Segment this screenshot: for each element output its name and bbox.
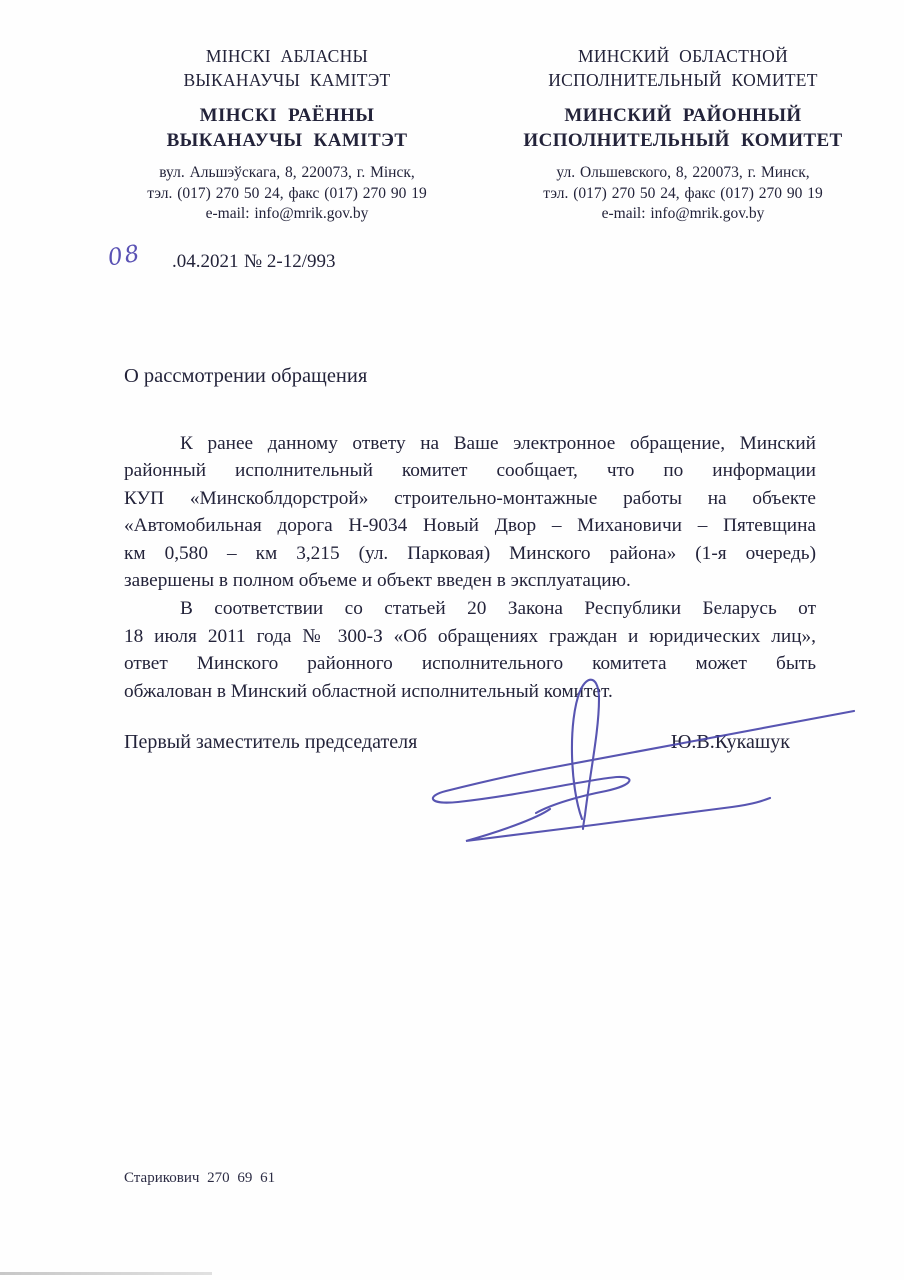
parent-org-line2-be: ВЫКАНАУЧЫ КАМІТЭТ [112,68,462,92]
handwritten-day: 08 [106,240,143,271]
signer-position: Первый заместитель председателя [124,731,417,754]
phone-be: тэл. (017) 270 50 24, факс (017) 270 90 … [112,184,462,205]
subject-line: О рассмотрении обращения [124,365,904,388]
parent-org-name-be: МІНСКІ АБЛАСНЫ ВЫКАНАУЧЫ КАМІТЭТ [112,44,462,92]
org-line2-ru: ИСПОЛНИТЕЛЬНЫЙ КОМИТЕТ [508,128,858,153]
body-line: «Автомобильная дорога Н-9034 Новый Двор … [124,512,816,540]
org-name-ru: МИНСКИЙ РАЙОННЫЙ ИСПОЛНИТЕЛЬНЫЙ КОМИТЕТ [508,103,858,153]
contacts-be: вул. Альшэўскага, 8, 220073, г. Мінск, т… [112,163,462,225]
scanned-letter-page: МІНСКІ АБЛАСНЫ ВЫКАНАУЧЫ КАМІТЭТ МІНСКІ … [0,0,904,1280]
email-ru: e-mail: info@mrik.gov.by [508,204,858,225]
parent-org-name-ru: МИНСКИЙ ОБЛАСТНОЙ ИСПОЛНИТЕЛЬНЫЙ КОМИТЕТ [508,44,858,92]
parent-org-line2-ru: ИСПОЛНИТЕЛЬНЫЙ КОМИТЕТ [508,68,858,92]
reference-row: 08 .04.2021 № 2-12/993 [108,247,904,281]
body-line: км 0,580 – км 3,215 (ул. Парковая) Минск… [124,540,816,568]
body-line: обжалован в Минский областной исполнител… [124,678,816,706]
parent-org-line1-be: МІНСКІ АБЛАСНЫ [112,44,462,68]
scan-edge-artifact [0,1272,212,1275]
body-line: районный исполнительный комитет сообщает… [124,457,816,485]
executor-line: Старикович 270 69 61 [124,1170,275,1187]
body-line: В соответствии со статьей 20 Закона Респ… [124,595,816,623]
body-line: завершены в полном объеме и объект введе… [124,567,816,595]
document-date: .04.2021 [172,251,239,273]
org-line1-ru: МИНСКИЙ РАЙОННЫЙ [508,103,858,128]
email-be: e-mail: info@mrik.gov.by [112,204,462,225]
letterhead-russian: МИНСКИЙ ОБЛАСТНОЙ ИСПОЛНИТЕЛЬНЫЙ КОМИТЕТ… [508,44,858,225]
org-name-be: МІНСКІ РАЁННЫ ВЫКАНАУЧЫ КАМІТЭТ [112,103,462,153]
document-number: № 2-12/993 [244,251,335,273]
address-ru: ул. Ольшевского, 8, 220073, г. Минск, [508,163,858,184]
phone-ru: тэл. (017) 270 50 24, факс (017) 270 90 … [508,184,858,205]
signer-name: Ю.В.Кукашук [671,731,816,754]
org-line2-be: ВЫКАНАУЧЫ КАМІТЭТ [112,128,462,153]
letterhead: МІНСКІ АБЛАСНЫ ВЫКАНАУЧЫ КАМІТЭТ МІНСКІ … [0,0,904,225]
contacts-ru: ул. Ольшевского, 8, 220073, г. Минск, тэ… [508,163,858,225]
org-line1-be: МІНСКІ РАЁННЫ [112,103,462,128]
letterhead-belarusian: МІНСКІ АБЛАСНЫ ВЫКАНАУЧЫ КАМІТЭТ МІНСКІ … [112,44,462,225]
body-line: 18 июля 2011 года № 300-З «Об обращениях… [124,623,816,651]
body-line: К ранее данному ответу на Ваше электронн… [124,430,816,458]
address-be: вул. Альшэўскага, 8, 220073, г. Мінск, [112,163,462,184]
parent-org-line1-ru: МИНСКИЙ ОБЛАСТНОЙ [508,44,858,68]
letter-body: К ранее данному ответу на Ваше электронн… [124,430,816,706]
body-line: ответ Минского районного исполнительного… [124,650,816,678]
body-line: КУП «Минскоблдорстрой» строительно-монта… [124,485,816,513]
signature-row: Первый заместитель председателя Ю.В.Кука… [124,731,816,754]
